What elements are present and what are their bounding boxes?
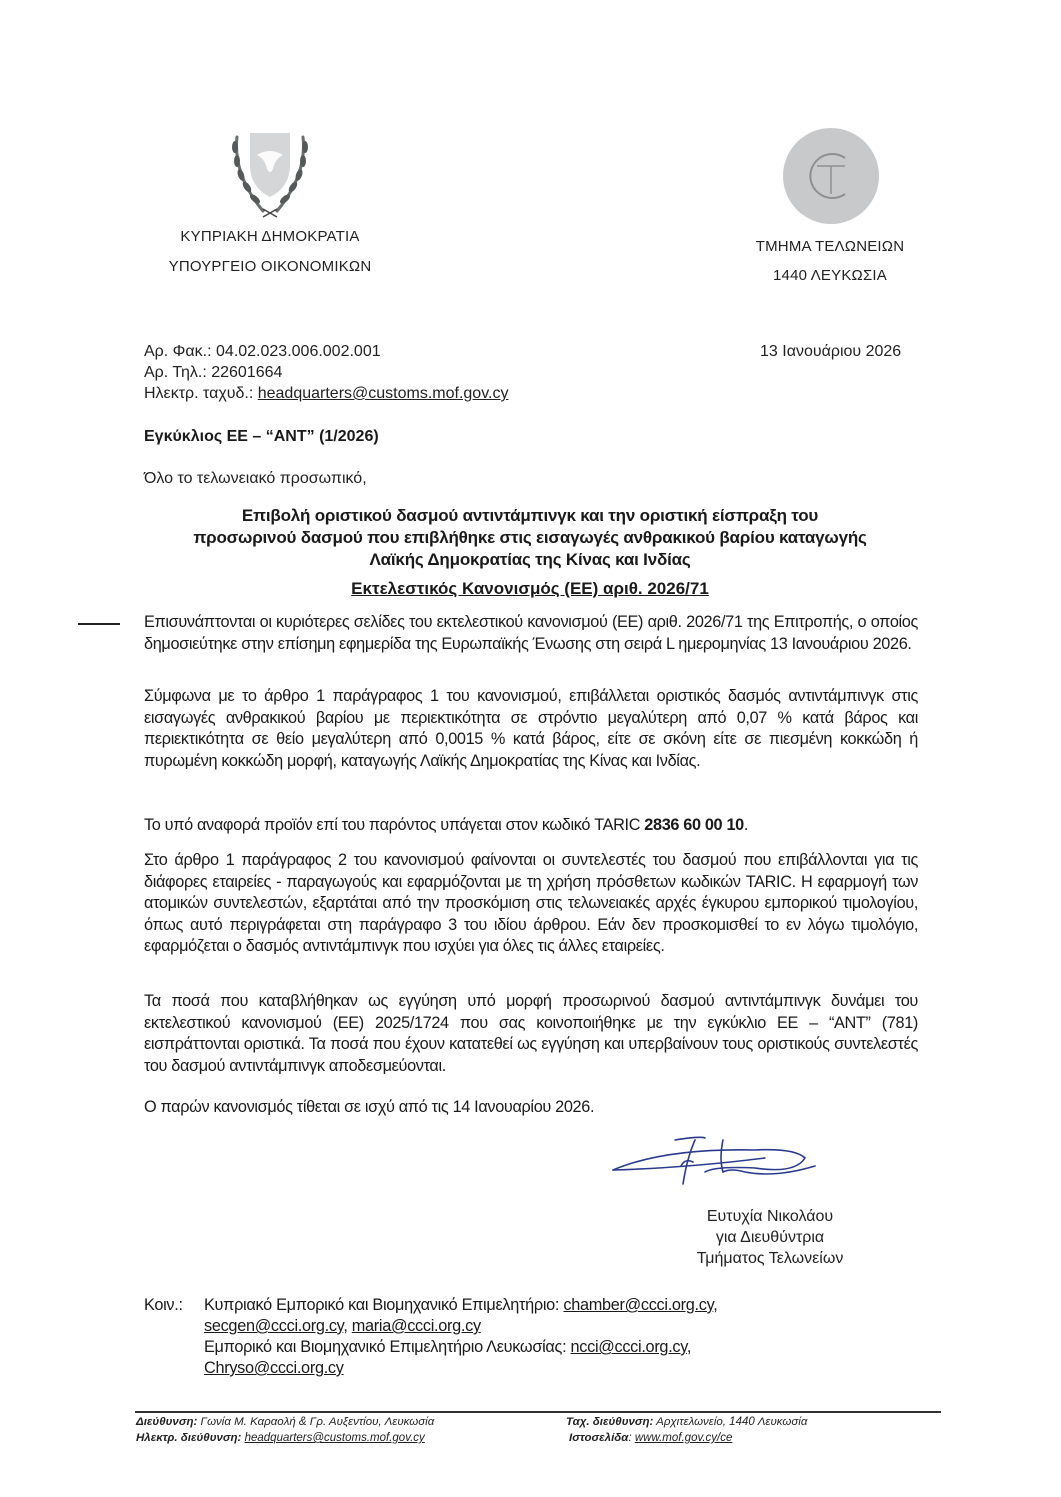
paragraph-provisional-duty: Τα ποσά που καταβλήθηκαν ως εγγύηση υπό …: [144, 991, 918, 1077]
paragraph-attachment: Επισυνάπτονται οι κυριότερες σελίδες του…: [144, 612, 918, 655]
cc-email-secgen[interactable]: secgen@ccci.org.cy: [204, 1317, 343, 1335]
department-name: ΤΜΗΜΑ ΤΕΛΩΝΕΙΩΝ: [730, 238, 930, 255]
ministry-name: ΥΠΟΥΡΓΕΙΟ ΟΙΚΟΝΟΜΙΚΩΝ: [150, 258, 390, 275]
footer-website-link[interactable]: www.mof.gov.cy/ce: [635, 1432, 733, 1444]
file-number: Αρ. Φακ.: 04.02.023.006.002.001: [144, 341, 381, 362]
email-label: Ηλεκτρ. ταχυδ.:: [144, 385, 258, 402]
taric-code: 2836 60 00 10: [644, 816, 744, 834]
paragraph-article1-para2: Στο άρθρο 1 παράγραφος 2 του κανονισμού …: [144, 850, 918, 958]
greeting: Όλο το τελωνειακό προσωπικό,: [144, 470, 367, 488]
footer-address: Διεύθυνση: Γωνία Μ. Καραολή & Γρ. Αυξεντ…: [136, 1414, 434, 1430]
subject-line-2: προσωρινού δασμού που επιβλήθηκε στις ει…: [130, 527, 930, 549]
email-line: Ηλεκτρ. ταχυδ.: headquarters@customs.mof…: [144, 383, 508, 404]
signature-block: Ευτυχία Νικολάου για Διευθύντρια Τμήματο…: [620, 1206, 920, 1269]
paragraph-taric: Το υπό αναφορά προϊόν επί του παρόντος υ…: [144, 815, 918, 837]
cc-email-ncci[interactable]: ncci@ccci.org.cy: [571, 1338, 687, 1356]
subject-line-1: Επιβολή οριστικού δασμού αντιντάμπινγκ κ…: [130, 505, 930, 527]
subject-line-3: Λαϊκής Δημοκρατίας της Κίνας και Ινδίας: [130, 549, 930, 571]
cc-email-chamber[interactable]: chamber@ccci.org.cy: [563, 1296, 713, 1314]
cc-org-2: Εμπορικό και Βιομηχανικό Επιμελητήριο Λε…: [204, 1337, 924, 1358]
email-link[interactable]: headquarters@customs.mof.gov.cy: [258, 385, 509, 402]
paragraph-entry-into-force: Ο παρών κανονισμός τίθεται σε ισχύ από τ…: [144, 1097, 918, 1119]
footer-email-link[interactable]: headquarters@customs.mof.gov.cy: [245, 1432, 425, 1444]
paragraph-article1-para1: Σύμφωνα με το άρθρο 1 παράγραφος 1 του κ…: [144, 686, 918, 772]
margin-dash: [78, 623, 120, 625]
footer-divider: [135, 1411, 941, 1413]
cyprus-coat-of-arms-icon: [215, 125, 325, 225]
cc-email-maria[interactable]: maria@ccci.org.cy: [352, 1317, 481, 1335]
circular-title: Εγκύκλιος ΕΕ – “ANT” (1/2026): [144, 428, 379, 446]
subject-heading: Επιβολή οριστικού δασμού αντιντάμπινγκ κ…: [130, 505, 930, 571]
signatory-name: Ευτυχία Νικολάου: [620, 1206, 920, 1227]
department-address: 1440 ΛΕΥΚΩΣΙΑ: [730, 267, 930, 284]
footer-postal: Ταχ. διεύθυνση: Αρχιτελωνείο, 1440 Λευκω…: [566, 1414, 807, 1430]
document-date: 13 Ιανουάριου 2026: [760, 341, 901, 362]
signatory-role-2: Τμήματος Τελωνείων: [620, 1248, 920, 1269]
cc-email-chryso[interactable]: Chryso@ccci.org.cy: [204, 1359, 344, 1377]
signatory-role-1: για Διευθύντρια: [620, 1227, 920, 1248]
customs-seal-icon: [783, 128, 879, 224]
footer-website: Ιστοσελίδα: www.mof.gov.cy/ce: [569, 1430, 732, 1446]
regulation-reference: Εκτελεστικός Κανονισμός (ΕΕ) αριθ. 2026/…: [130, 579, 930, 599]
cc-label: Κοιν.:: [144, 1295, 183, 1316]
country-name: ΚΥΠΡΙΑΚΗ ΔΗΜΟΚΡΑΤΙΑ: [170, 228, 370, 245]
footer-email: Ηλεκτρ. διεύθυνση: headquarters@customs.…: [136, 1430, 425, 1446]
phone-number: Αρ. Τηλ.: 22601664: [144, 362, 282, 383]
cc-list: Κυπριακό Εμπορικό και Βιομηχανικό Επιμελ…: [204, 1295, 924, 1379]
cc-org-1: Κυπριακό Εμπορικό και Βιομηχανικό Επιμελ…: [204, 1295, 924, 1316]
signature-icon: [605, 1128, 835, 1198]
